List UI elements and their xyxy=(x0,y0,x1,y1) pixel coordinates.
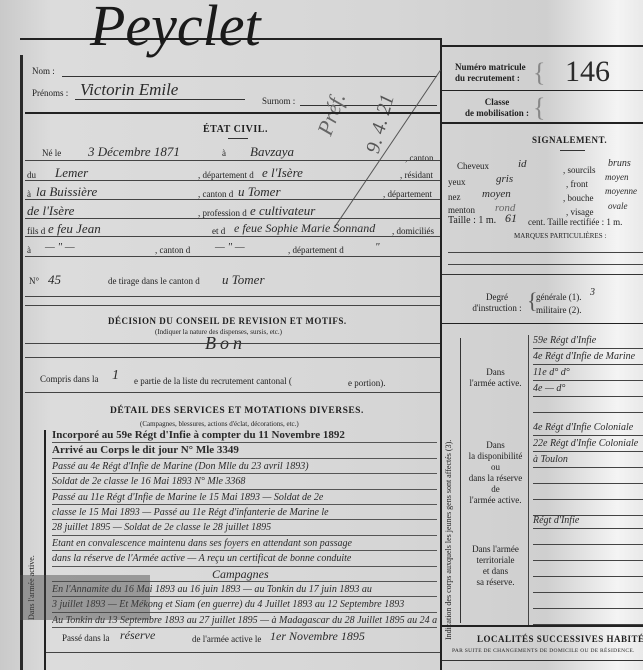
sourcils-value: bruns xyxy=(608,158,631,169)
rule xyxy=(442,274,643,275)
prenoms-label: Prénoms : xyxy=(32,88,68,98)
dep2-value: de l'Isère xyxy=(27,203,74,219)
domicilies-label: , domiciliés xyxy=(392,226,434,236)
residant-label: , résidant xyxy=(400,170,433,180)
rule xyxy=(46,652,440,653)
dom-dep-value: " xyxy=(375,241,380,253)
instruction-label-line2: d'instruction : xyxy=(472,303,522,314)
canton-label: , canton xyxy=(405,153,434,163)
dom-canton-value: — " — xyxy=(215,241,245,253)
brace: { xyxy=(533,58,545,88)
ne-le-value: 3 Décembre 1871 xyxy=(88,144,180,160)
matricule-label-line2: du recrutement : xyxy=(455,73,526,84)
cheveux-value: id xyxy=(518,158,527,170)
marques-label: MARQUES PARTICULIÈRES : xyxy=(514,232,606,240)
dom-canton-label: , canton d xyxy=(155,245,190,255)
service-line: Soldat de 2e classe le 16 Mai 1893 N° Ml… xyxy=(52,474,437,489)
generale-value: 3 xyxy=(590,287,595,298)
rule xyxy=(25,296,440,297)
sourcils-label: , sourcils xyxy=(563,165,596,175)
service-line: 28 juillet 1895 — Soldat de 2e classe le… xyxy=(52,520,437,535)
militaire-label: militaire (2). xyxy=(536,305,581,315)
tirage-canton-value: u Tomer xyxy=(222,272,265,288)
compris-label: Compris dans la xyxy=(40,374,99,384)
affectation-line: 22e Régt d'Infie Coloniale xyxy=(533,436,643,452)
margin-note: Préf. xyxy=(312,89,351,139)
departement-value: e l'Isère xyxy=(262,165,303,181)
bouche-value: moyenne xyxy=(605,186,637,196)
matricule-label-line1: Numéro matricule xyxy=(455,62,526,73)
ne-le-label: Né le xyxy=(42,148,61,158)
rule xyxy=(442,90,643,91)
nom-value: Peyclet xyxy=(90,0,261,59)
rule xyxy=(25,305,440,306)
label-line: l'armée active. xyxy=(463,378,528,389)
armee-label: de l'armée active le xyxy=(192,634,261,644)
label-line: l'armée active. xyxy=(463,495,528,506)
services-subtitle: (Campagnes, blessures, actions d'éclat, … xyxy=(140,420,299,428)
rule xyxy=(25,199,440,200)
yeux-value: gris xyxy=(496,173,513,185)
affectation-brace-rule xyxy=(528,335,529,625)
prenoms-line xyxy=(75,99,245,100)
affectation-line: à Toulon xyxy=(533,452,643,468)
affectation-line xyxy=(533,468,643,484)
rule xyxy=(25,256,440,257)
localites-subtitle: PAR SUITE DE CHANGEMENTS DE DOMICILE OU … xyxy=(452,648,635,654)
instruction-label-line1: Degré xyxy=(472,292,522,303)
affectation-line xyxy=(533,484,643,500)
et-value: e feue Sophie Marie Sonnand xyxy=(234,221,375,236)
rule xyxy=(448,264,643,265)
service-line: Passé au 4e Régt d'Infie de Marine (Don … xyxy=(52,459,437,474)
cheveux-label: Cheveux xyxy=(457,161,489,171)
service-line: classe le 15 Mai 1893 — Passé au 11e Rég… xyxy=(52,505,437,520)
rule xyxy=(442,660,643,661)
reserve-label: Dansla disponibilitéoudans la réservedel… xyxy=(463,440,528,506)
label-line: et dans xyxy=(463,566,528,577)
paper-shadow xyxy=(20,575,150,620)
a-value: Bavzaya xyxy=(250,144,294,160)
register-page: Dans l'armée active. Peyclet Nom : Préno… xyxy=(0,0,643,670)
visage-value: ovale xyxy=(608,201,628,211)
classe-label-line1: Classe xyxy=(457,97,537,108)
nez-label: nez xyxy=(448,192,461,202)
territoriale-lines: Régt d'Infie xyxy=(533,513,643,625)
matricule-label: Numéro matricule du recrutement : xyxy=(455,62,526,84)
nom-label: Nom : xyxy=(32,66,55,76)
front-label: , front xyxy=(566,179,588,189)
label-line: Dans xyxy=(463,367,528,378)
affectation-line: 4e Régt d'Infie Coloniale xyxy=(533,420,643,436)
compris-rest: e partie de la liste du recrutement cant… xyxy=(134,376,292,386)
nez-value: moyen xyxy=(482,188,511,200)
localites-title: LOCALITÉS SUCCESSIVES HABITÉES xyxy=(477,634,643,644)
services-title: DÉTAIL DES SERVICES ET MOTATIONS DIVERSE… xyxy=(110,406,364,416)
generale-label: générale (1). xyxy=(536,292,581,302)
title-rule xyxy=(228,138,248,139)
taille-value: 61 xyxy=(505,211,517,226)
label-line: Dans xyxy=(463,440,528,451)
du-value: Lemer xyxy=(55,165,88,181)
dom-dep-label: , département d xyxy=(288,245,344,255)
margin-code: 9. 4. 21 xyxy=(362,92,400,156)
portion-label: e portion). xyxy=(348,378,386,388)
rule xyxy=(442,625,643,627)
label-line: sa réserve. xyxy=(463,577,528,588)
residant-a-value: la Buissière xyxy=(36,184,97,200)
rule xyxy=(25,218,440,219)
active-lines: 59e Régt d'Infie4e Régt d'Infie de Marin… xyxy=(533,333,643,413)
prenoms-value: Victorin Emile xyxy=(80,80,178,100)
front-value: moyen xyxy=(605,172,629,182)
affectation-line: 4e — d° xyxy=(533,381,643,397)
service-line: Arrivé au Corps le dit jour N° Mle 3349 xyxy=(52,443,437,458)
departement2-label: , département xyxy=(383,189,432,199)
rule xyxy=(25,357,440,358)
signalement-title: SIGNALEMENT. xyxy=(532,135,607,145)
tirage-no-label: N° xyxy=(29,276,39,286)
label-line: la disponibilité xyxy=(463,451,528,462)
brace: { xyxy=(533,93,545,123)
compris-value: 1 xyxy=(112,368,119,384)
passe-label: Passé dans la xyxy=(62,633,110,643)
canton-du-value: u Tomer xyxy=(238,184,281,200)
affectation-line: Régt d'Infie xyxy=(533,513,643,529)
du-label: du xyxy=(27,170,36,180)
label-line: de xyxy=(463,484,528,495)
profession-label: , profession d xyxy=(198,208,247,218)
service-line: Passé au 11e Régt d'Infie de Marine le 1… xyxy=(52,490,437,505)
center-divider xyxy=(440,38,442,670)
decision-title: DÉCISION DU CONSEIL DE REVISION ET MOTIF… xyxy=(108,316,347,326)
margin-rule xyxy=(44,430,46,670)
label-line: Dans l'armée xyxy=(463,544,528,555)
profession-value: e cultivateur xyxy=(250,203,315,219)
visage-label: , visage xyxy=(566,207,594,217)
rule xyxy=(442,323,643,324)
classe-label-line2: de mobilisation : xyxy=(457,108,537,119)
affectation-line xyxy=(533,577,643,593)
affectation-line xyxy=(533,545,643,561)
rule xyxy=(25,236,440,237)
affectation-side-label: Indication des corps auxquels les jeunes… xyxy=(444,440,453,640)
reserve-lines: 4e Régt d'Infie Coloniale22e Régt d'Infi… xyxy=(533,420,643,516)
service-line: Etant en convalescence maintenu dans ses… xyxy=(52,536,437,551)
label-line: ou xyxy=(463,462,528,473)
tirage-label: de tirage dans le canton d xyxy=(108,276,200,286)
service-line: Incorporé au 59e Régt d'Infie à compter … xyxy=(52,428,437,443)
instruction-label: Degré d'instruction : xyxy=(472,292,522,314)
matricule-value: 146 xyxy=(565,55,610,89)
departement-label: , département d xyxy=(198,170,254,180)
dom-a-value: — " — xyxy=(45,241,75,253)
affectation-line: 11e d° d° xyxy=(533,365,643,381)
canton-du-label: , canton d xyxy=(198,189,233,199)
name-separator xyxy=(25,112,440,114)
nom-line xyxy=(62,76,437,77)
rule xyxy=(560,150,585,151)
surnom-label: Surnom : xyxy=(262,96,295,106)
menton-label: menton xyxy=(448,205,475,215)
affectation-line xyxy=(533,609,643,625)
label-line: territoriale xyxy=(463,555,528,566)
service-line: dans la réserve de l'Armée active — A re… xyxy=(52,551,437,566)
bouche-label: , bouche xyxy=(563,193,594,203)
rule xyxy=(25,343,440,344)
et-label: et d xyxy=(212,226,225,236)
fils-value: e feu Jean xyxy=(48,221,101,237)
dom-a-label: à xyxy=(27,245,31,255)
rule xyxy=(25,160,440,161)
territoriale-label: Dans l'arméeterritorialeet danssa réserv… xyxy=(463,544,528,588)
affectation-line: 4e Régt d'Infie de Marine xyxy=(533,349,643,365)
yeux-label: yeux xyxy=(448,177,466,187)
label-line: dans la réserve xyxy=(463,473,528,484)
rule xyxy=(442,122,643,124)
taille-label: Taille : 1 m. xyxy=(448,215,496,226)
affectation-rule xyxy=(460,338,461,623)
a-label: à xyxy=(222,148,226,158)
affectation-line xyxy=(533,561,643,577)
taille-rect-label: cent. Taille rectifiée : 1 m. xyxy=(528,217,622,227)
affectation-line xyxy=(533,397,643,413)
affectation-line: 59e Régt d'Infie xyxy=(533,333,643,349)
armee-value: 1er Novembre 1895 xyxy=(270,629,365,644)
affectation-line xyxy=(533,593,643,609)
classe-label: Classe de mobilisation : xyxy=(457,97,537,119)
rule xyxy=(25,392,440,393)
rule xyxy=(25,180,440,181)
etat-civil-title: ÉTAT CIVIL. xyxy=(203,124,268,135)
fils-label: fils d xyxy=(27,226,45,236)
passe-value: réserve xyxy=(120,628,155,643)
residant-a-label: à xyxy=(27,189,31,199)
top-border-right xyxy=(440,45,643,47)
rule xyxy=(448,252,643,253)
affectation-line xyxy=(533,529,643,545)
tirage-no-value: 45 xyxy=(48,272,61,288)
active-label: Dansl'armée active. xyxy=(463,367,528,389)
